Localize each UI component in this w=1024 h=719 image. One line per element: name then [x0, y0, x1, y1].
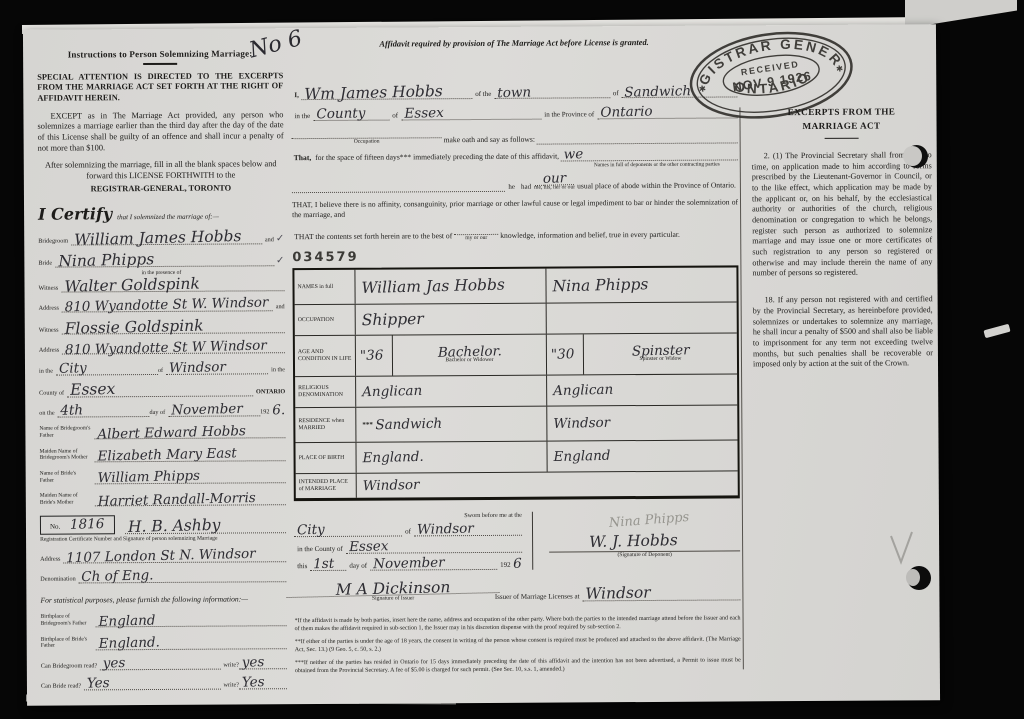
form-line-birthplace-bride-father: Birthplace of Bride's Father England. — [41, 635, 287, 650]
table-row-intended-place: INTENDED PLACE of MARRIAGE Windsor — [296, 471, 738, 499]
excerpts-title-line1: EXCERPTS FROM THE — [751, 104, 931, 119]
solemnizer-address-handwriting: 1107 London St N. Windsor — [66, 549, 256, 564]
scanned-marriage-license: Instructions to Person Solemnizing Marri… — [0, 0, 1024, 719]
of-label: of — [158, 367, 166, 375]
form-line-can-bridegroom-read: Can Bridegroom read? yes write? yes — [41, 657, 287, 670]
address1-handwriting: 810 Wyandotte St W. Windsor — [65, 298, 269, 314]
sworn-city-word-line: City — [294, 525, 402, 537]
table-row-residence: RESIDENCE when MARRIED *** Sandwich Wind… — [295, 405, 737, 443]
groom-mother-handwriting: Elizabeth Mary East — [97, 448, 236, 462]
certify-rest-text: that I solemnized the marriage of:— — [117, 213, 219, 222]
groom-mother-label: Maiden Name of Bridegroom's Mother — [40, 448, 95, 462]
affidavit-line-county: in the County of Essex in the Province o… — [291, 106, 737, 121]
bride-name-handwriting: Nina Phipps — [552, 278, 648, 293]
affidavit-that-2: THAT, I believe there is no affinity, co… — [292, 198, 738, 221]
filler-line — [537, 133, 738, 144]
groom-father-line: Albert Edward Hobbs — [94, 427, 285, 440]
pencil-name-annotation: Nina Phipps — [609, 513, 690, 529]
groom-mother-line: Elizabeth Mary East — [95, 449, 286, 462]
sworn-month-handwriting: November — [373, 558, 445, 570]
footnote-3: ***If neither of the parties has resided… — [295, 657, 741, 676]
blank-line — [292, 182, 506, 193]
bride-residence-cell: Windsor — [547, 406, 737, 441]
certificate-number-handwriting: 1816 — [70, 519, 105, 531]
my-or-our-blank: my or our — [454, 225, 498, 242]
bridegroom-label: Bridegroom — [38, 238, 71, 246]
form-line-bride: Bride Nina Phipps ✓ — [38, 253, 284, 268]
form-line-address-1: Address 810 Wyandotte St W. Windsor and — [39, 300, 285, 313]
bridegroom-write-line: yes — [239, 657, 287, 669]
residence-asterisks: *** — [362, 421, 375, 429]
bride-age-cell: "30 Spinster Spinster or Widow — [547, 334, 737, 375]
excerpts-title: EXCERPTS FROM THE MARRIAGE ACT — [751, 104, 931, 134]
bride-occupation-cell — [547, 303, 737, 334]
sworn-left-block: Sworn before me at the City of Windsor i… — [294, 512, 533, 571]
certificate-number-row: No. 1816 H. B. Ashby — [40, 514, 286, 535]
day-handwriting: 4th — [60, 405, 83, 416]
bride-mother-handwriting: Harriet Randall-Morris — [98, 493, 256, 508]
bride-age-handwriting: "30 — [551, 349, 575, 360]
statistical-note: For statistical purposes, please furnish… — [40, 594, 286, 605]
bride-birthplace-cell: England — [547, 441, 737, 472]
address-label: Address — [39, 305, 62, 313]
occupation-blank-line — [292, 128, 442, 139]
sworn-county-handwriting: Essex — [349, 541, 389, 553]
my-or-our-caption: my or our — [465, 235, 487, 242]
pen-checkmark: ✓ — [274, 255, 284, 266]
groom-name-handwriting: William Jas Hobbs — [361, 279, 505, 295]
bridegroom-read-line: yes — [100, 658, 220, 671]
bride-value-line: Nina Phipps — [55, 253, 274, 268]
witness2-handwriting: Flossie Goldspink — [64, 319, 203, 335]
form-line-date: on the 4th day of November 192 6. — [39, 404, 285, 417]
names-row-label: NAMES in full — [294, 270, 355, 304]
groom-residence-cell: *** Sandwich — [356, 407, 547, 442]
bride-write-line: Yes — [239, 678, 287, 690]
names-in-full-caption: Names in full of deponents or the other … — [292, 161, 720, 170]
bride-religion-handwriting: Anglican — [553, 385, 613, 397]
of-label: of — [402, 528, 414, 537]
birthplace-groom-father-line: England — [96, 615, 287, 628]
certify-heading: I Certify that I solemnized the marriage… — [38, 204, 284, 225]
birthplace-bride-father-handwriting: England. — [99, 637, 160, 649]
excerpt-paragraph-18: 18. If any person not registered with an… — [753, 294, 933, 370]
had-label: had — [518, 183, 534, 192]
bride-mother-line: Harriet Randall-Morris — [95, 494, 286, 507]
affidavit-line-occupation: Occupation make oath and say as follows: — [292, 127, 738, 146]
in-the-label: in the — [39, 367, 56, 375]
groom-residence-handwriting: Sandwich — [375, 419, 442, 431]
bride-read-line: Yes — [84, 678, 220, 691]
groom-age-handwriting: "36 — [360, 350, 384, 361]
sworn-before-me-label: Sworn before me at the — [294, 512, 522, 520]
bridegroom-read-handwriting: yes — [103, 658, 126, 669]
bride-condition-handwriting: Spinster — [631, 345, 689, 357]
we-handwriting: we — [564, 149, 584, 160]
form-line-groom-mother: Maiden Name of Bridegroom's Mother Eliza… — [40, 447, 286, 462]
bride-father-label: Name of Bride's Father — [40, 471, 95, 485]
table-row-occupation: OCCUPATION Shipper — [295, 302, 737, 336]
essex-handwriting: Essex — [404, 108, 444, 120]
city-word-handwriting: City — [59, 363, 87, 374]
write-label: write? — [220, 661, 239, 669]
town-handwriting: town — [497, 87, 531, 99]
form-line-groom-father: Name of Bridegroom's Father Albert Edwar… — [39, 425, 285, 440]
form-line-witness-1: Witness Walter Goldspink — [38, 278, 284, 293]
groom-name-cell: William Jas Hobbs — [355, 269, 546, 304]
denomination-line: Ch of Eng. — [79, 571, 287, 584]
affidavit-that-3: THAT the contents set forth herein are t… — [292, 223, 738, 242]
in-the-label: in the — [268, 366, 285, 374]
excerpts-column: EXCERPTS FROM THE MARRIAGE ACT 2. (1) Th… — [751, 104, 933, 386]
county-word-line: County — [313, 108, 389, 120]
issuer-row: M A Dickinson Signature of Issuer Issuer… — [294, 580, 740, 603]
county-of-label: County of — [39, 389, 67, 397]
instructions-paragraph-3: After solemnizing the marriage, fill in … — [38, 160, 284, 183]
issuer-signature-stack: M A Dickinson Signature of Issuer — [294, 582, 492, 603]
city-name-handwriting: Windsor — [169, 362, 226, 374]
contents-text-b: knowledge, information and belief, true … — [498, 230, 682, 241]
instructions-title: Instructions to Person Solemnizing Marri… — [37, 48, 283, 60]
of-label: of — [389, 111, 401, 120]
sworn-month-line: November — [370, 558, 497, 571]
denomination-label: Denomination — [40, 576, 78, 584]
divider-rule — [825, 137, 859, 139]
intended-place-handwriting: Windsor — [363, 480, 420, 492]
birthplace-groom-father-label: Birthplace of Bridegroom's Father — [41, 614, 96, 628]
province-label: in the Province of — [541, 110, 597, 119]
registrar-general-line: REGISTRAR-GENERAL, TORONTO — [38, 183, 284, 195]
day-line: 4th — [58, 405, 150, 417]
scratch-mark — [983, 324, 1010, 338]
address1-value-line: 810 Wyandotte St W. Windsor — [62, 300, 273, 313]
groom-father-handwriting: Albert Edward Hobbs — [97, 426, 246, 440]
sworn-section: Sworn before me at the City of Windsor i… — [294, 511, 740, 571]
witness1-value-line: Walter Goldspink — [61, 278, 284, 293]
occupation-row-label: OCCUPATION — [295, 305, 356, 335]
punch-hole-top — [905, 145, 928, 168]
form-line-bride-mother: Maiden Name of Bride's Mother Harriet Ra… — [40, 492, 286, 507]
we-line: we — [561, 148, 738, 161]
religion-row-label: RELIGIOUS DENOMINATION — [295, 377, 356, 407]
footnotes: *If the affidavit is made by both partie… — [295, 614, 741, 675]
occupation-blank: Occupation — [292, 128, 442, 146]
abode-text: usual place of abode within the Province… — [575, 181, 738, 192]
witness2-value-line: Flossie Goldspink — [61, 320, 284, 335]
county-word-handwriting: County — [316, 108, 365, 120]
bridegroom-write-handwriting: yes — [242, 657, 265, 668]
sworn-county-line: in the County of Essex — [294, 541, 522, 554]
ontario-handwriting: Ontario — [600, 106, 652, 118]
bride-father-handwriting: William Phipps — [98, 471, 201, 484]
county-name-line: Essex — [401, 108, 541, 121]
form-line-can-bride-read: Can Bride read? Yes write? Yes — [41, 678, 287, 691]
no-label: No. — [50, 522, 63, 531]
ontario-label: ONTARIO — [253, 388, 285, 396]
form-line-bride-father: Name of Bride's Father William Phipps — [40, 469, 286, 484]
this-label: this — [294, 562, 310, 571]
bride-write-handwriting: Yes — [242, 678, 265, 689]
intended-place-cell: Windsor — [357, 472, 738, 498]
fifteen-days-text: for the space of fifteen days*** immedia… — [313, 151, 561, 163]
bride-residence-handwriting: Windsor — [553, 418, 610, 430]
groom-age-cell: "36 Bachelor. Bachelor or Widower — [356, 335, 547, 376]
year-handwriting: 6. — [272, 405, 285, 416]
witness1-handwriting: Walter Goldspink — [64, 277, 200, 293]
table-row-religion: RELIGIOUS DENOMINATION Anglican Anglican — [295, 374, 737, 408]
bride-age-wrap: "30 Spinster Spinster or Widow — [547, 334, 737, 375]
occupation-caption: Occupation — [354, 139, 380, 146]
year-prefix-label: 192 — [497, 561, 514, 570]
issuer-of-licenses-label: Issuer of Marriage Licenses at — [492, 592, 583, 602]
issuer-place-handwriting: Windsor — [585, 587, 650, 601]
oath-label: make oath and say as follows: — [442, 135, 537, 146]
our-handwriting: our — [535, 173, 575, 186]
groom-birthplace-cell: England. — [356, 442, 547, 473]
footnote-1: *If the affidavit is made by both partie… — [295, 614, 741, 633]
solemnizer-signature-line: H. B. Ashby — [125, 520, 286, 534]
sworn-date-line: this 1st day of November 192 6 — [294, 558, 522, 571]
witness-label: Witness — [39, 285, 62, 293]
form-line-witness-2: Witness Flossie Goldspink — [39, 320, 285, 335]
month-handwriting: November — [171, 404, 243, 416]
groom-religion-handwriting: Anglican — [362, 386, 422, 398]
groom-occupation-cell: Shipper — [356, 304, 547, 335]
birthplace-groom-father-handwriting: England — [98, 615, 155, 627]
write-label: write? — [220, 682, 239, 690]
bride-label: Bride — [38, 260, 55, 268]
address-label: Address — [40, 555, 63, 563]
sworn-county-label: in the County of — [294, 545, 346, 554]
city-word-line: City — [56, 363, 158, 375]
bride-condition: Spinster Spinster or Widow — [584, 334, 737, 375]
groom-condition: Bachelor. Bachelor or Widower — [393, 335, 546, 376]
address2-value-line: 810 Wyandotte St W Windsor — [62, 342, 285, 355]
table-row-names: NAMES in full William Jas Hobbs Nina Phi… — [294, 268, 736, 305]
sworn-right-block: Nina Phipps W. J. Hobbs (Signature of De… — [533, 511, 740, 570]
bride-religion-cell: Anglican — [547, 375, 737, 406]
groom-age-number: "36 — [356, 336, 393, 376]
serial-number: 034579 — [292, 248, 738, 266]
sworn-city-line: City of Windsor — [294, 524, 522, 537]
county-handwriting: Essex — [70, 383, 115, 396]
form-line-address-3: Address 1107 London St N. Windsor — [40, 550, 286, 563]
groom-father-label: Name of Bridegroom's Father — [39, 426, 94, 440]
form-line-bridegroom: Bridegroom William James Hobbs and ✓ — [38, 231, 284, 246]
bride-birthplace-handwriting: England — [553, 451, 610, 463]
marriage-license-page: Instructions to Person Solemnizing Marri… — [23, 24, 940, 706]
residence-row-label: RESIDENCE when MARRIED — [295, 408, 356, 442]
certificate-caption: Registration Certificate Number and Sign… — [40, 535, 286, 543]
deponent-name-line: Wm James Hobbs — [302, 86, 472, 100]
bride-mother-label: Maiden Name of Bride's Mother — [40, 493, 95, 507]
sworn-place-line: Windsor — [414, 524, 522, 536]
sworn-place-handwriting: Windsor — [417, 524, 474, 536]
bride-age-number: "30 — [547, 335, 584, 375]
sworn-year-handwriting: 6 — [513, 559, 522, 570]
form-line-birthplace-groom-father: Birthplace of Bridegroom's Father Englan… — [41, 613, 287, 628]
municipality-type-line: town — [494, 87, 610, 100]
footnote-2: **If either of the parties is under the … — [295, 635, 741, 654]
form-line-address-2: Address 810 Wyandotte St W Windsor — [39, 342, 285, 355]
can-bride-read-label: Can Bride read? — [41, 683, 84, 691]
instructions-paragraph-1: SPECIAL ATTENTION IS DIRECTED TO THE EXC… — [37, 71, 283, 105]
deponent-signature-caption: (Signature of Deponent) — [549, 552, 740, 560]
form-line-county: County of Essex ONTARIO — [39, 382, 285, 397]
bride-name-cell: Nina Phipps — [546, 268, 736, 303]
deponent-signature-line: W. J. Hobbs — [549, 533, 740, 553]
groom-birthplace-handwriting: England. — [362, 452, 423, 464]
groom-occupation-handwriting: Shipper — [362, 313, 424, 327]
month-line: November — [168, 405, 260, 417]
deponent-name-handwriting: Wm James Hobbs — [305, 85, 444, 101]
excerpts-title-line2: MARRIAGE ACT — [752, 118, 932, 133]
of-label: of — [610, 90, 622, 99]
intended-place-row-label: INTENDED PLACE of MARRIAGE — [296, 474, 357, 498]
pen-checkmark: ✓ — [274, 233, 284, 244]
form-line-city: in the City of Windsor in the — [39, 362, 285, 375]
groom-condition-handwriting: Bachelor. — [437, 346, 501, 358]
sandwich-handwriting: Sandwich — [625, 86, 692, 98]
pencil-checkmark — [888, 530, 916, 566]
table-row-birthplace: PLACE OF BIRTH England. England — [295, 440, 737, 474]
i-label: I, — [291, 91, 302, 100]
sworn-day-line: 1st — [310, 559, 346, 571]
issuer-place-line: Windsor — [583, 587, 741, 601]
solemnizer-address-line: 1107 London St N. Windsor — [63, 550, 286, 563]
deponent-signature: W. J. Hobbs — [589, 534, 678, 548]
bridegroom-name-handwriting: William James Hobbs — [74, 230, 241, 246]
witness-label: Witness — [39, 327, 62, 335]
that-bold-label: That, — [292, 153, 314, 163]
year-prefix-label: 192 — [260, 408, 272, 416]
and-label: and — [273, 303, 285, 311]
sworn-city-word-handwriting: City — [297, 525, 325, 536]
bride-name-handwriting: Nina Phipps — [58, 253, 154, 268]
divider-rule — [143, 63, 177, 65]
punch-hole-bottom — [907, 566, 931, 590]
in-the-label: in the — [291, 112, 313, 121]
parties-table: NAMES in full William Jas Hobbs Nina Phi… — [292, 266, 739, 502]
bride-read-handwriting: Yes — [87, 679, 110, 690]
stamp-star-left: ✱ — [698, 84, 706, 94]
table-row-age-condition: AGE AND CONDITION IN LIFE "36 Bachelor. … — [295, 333, 737, 377]
bride-father-line: William Phipps — [95, 471, 286, 484]
birthplace-bride-father-label: Birthplace of Bride's Father — [41, 636, 96, 650]
instructions-paragraph-2: EXCEPT as in The Marriage Act provided, … — [37, 110, 283, 154]
affidavit-line-deponent: I, Wm James Hobbs of the town of Sandwic… — [291, 84, 737, 100]
form-line-denomination: Denomination Ch of Eng. — [40, 571, 286, 584]
affidavit-abode-line: he had our me, his, her or our usual pla… — [292, 172, 738, 193]
address2-handwriting: 810 Wyandotte St W Windsor — [65, 340, 267, 356]
affidavit-title: Affidavit required by provision of The M… — [291, 37, 737, 49]
issuer-signature: M A Dickinson — [286, 580, 500, 598]
my-or-our-line — [454, 225, 498, 235]
day-of-label: day of — [346, 561, 370, 570]
of-the-label: of the — [472, 90, 494, 99]
sworn-county-value-line: Essex — [346, 541, 522, 554]
contents-text-a: THAT the contents set forth herein are t… — [292, 232, 454, 243]
stamp-star-right: ✱ — [836, 64, 844, 74]
day-of-label: day of — [150, 409, 169, 417]
bridegroom-value-line: William James Hobbs — [71, 231, 262, 246]
certificate-number-box: No. 1816 — [40, 515, 115, 534]
groom-religion-cell: Anglican — [356, 376, 547, 407]
he-label: he — [505, 183, 518, 192]
age-row-label: AGE AND CONDITION IN LIFE — [295, 336, 356, 376]
solemnizer-signature: H. B. Ashby — [128, 519, 221, 534]
city-name-line: Windsor — [166, 362, 268, 374]
and-label: and — [262, 236, 274, 244]
sworn-day-handwriting: 1st — [313, 559, 334, 570]
groom-age-wrap: "36 Bachelor. Bachelor or Widower — [356, 335, 546, 376]
instructions-column: Instructions to Person Solemnizing Marri… — [37, 48, 287, 691]
our-blank: our me, his, her or our — [534, 173, 575, 192]
address-label: Address — [39, 347, 62, 355]
affidavit-column: Affidavit required by provision of The M… — [291, 31, 741, 680]
county-value-line: Essex — [67, 383, 253, 398]
excerpt-paragraph-2-1: 2. (1) The Provincial Secretary shall fr… — [752, 150, 933, 279]
birthplace-bride-father-line: England. — [96, 637, 287, 650]
on-the-label: on the — [39, 410, 57, 418]
denomination-handwriting: Ch of Eng. — [82, 571, 154, 583]
birthplace-row-label: PLACE OF BIRTH — [295, 443, 356, 473]
certify-script-text: I Certify — [38, 205, 112, 224]
can-bridegroom-read-label: Can Bridegroom read? — [41, 662, 100, 670]
